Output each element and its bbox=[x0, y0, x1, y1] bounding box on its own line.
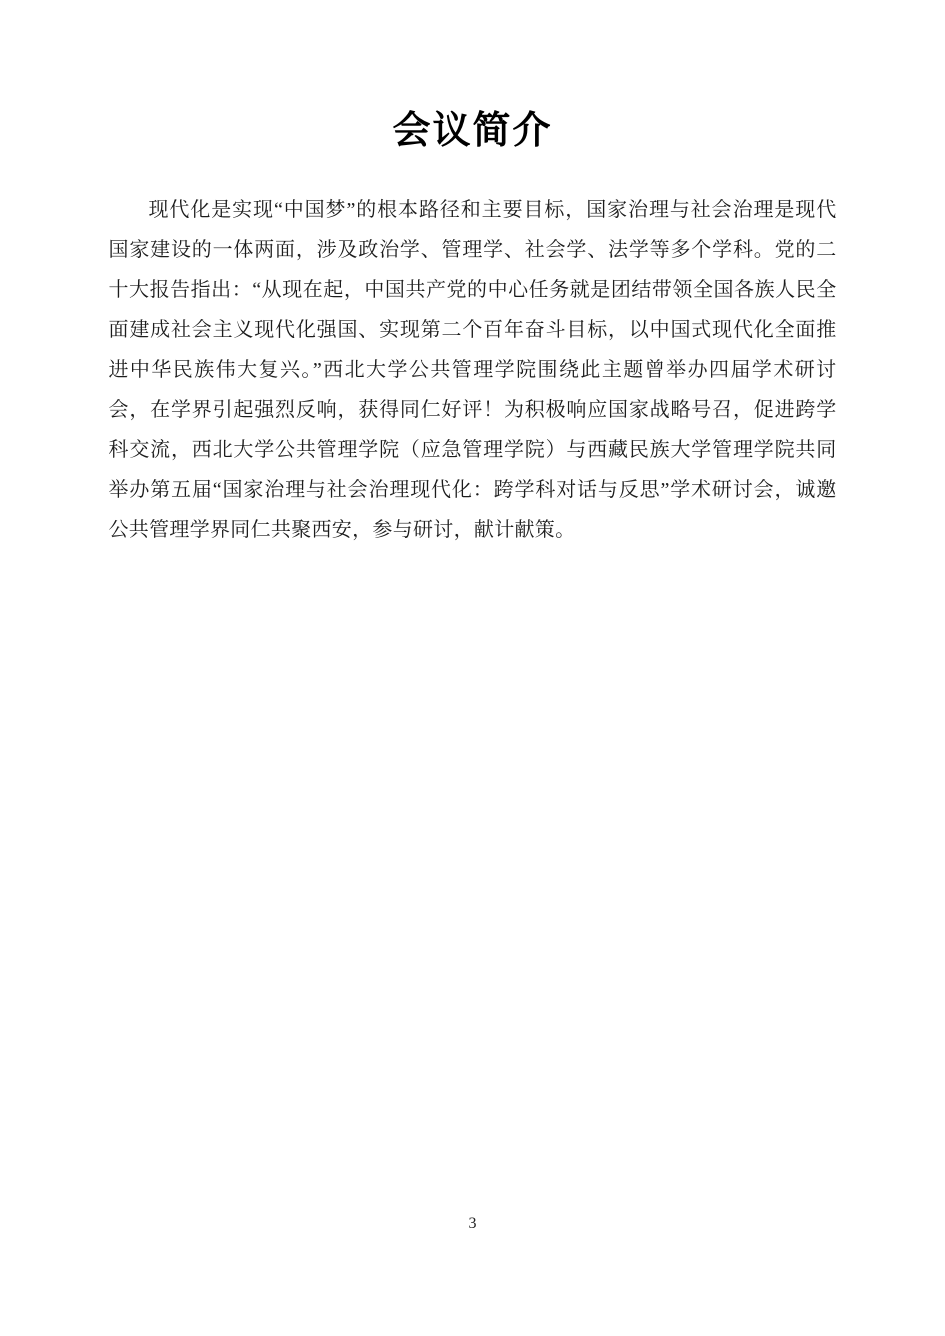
page-number: 3 bbox=[469, 1215, 477, 1232]
document-page: 会议简介 现代化是实现“中国梦”的根本路径和主要目标，国家治理与社会治理是现代国… bbox=[0, 0, 945, 1336]
page-title: 会议简介 bbox=[109, 0, 837, 156]
page-footer: 3 bbox=[0, 1215, 945, 1233]
intro-paragraph: 现代化是实现“中国梦”的根本路径和主要目标，国家治理与社会治理是现代国家建设的一… bbox=[109, 190, 837, 550]
document-body: 现代化是实现“中国梦”的根本路径和主要目标，国家治理与社会治理是现代国家建设的一… bbox=[109, 190, 837, 550]
